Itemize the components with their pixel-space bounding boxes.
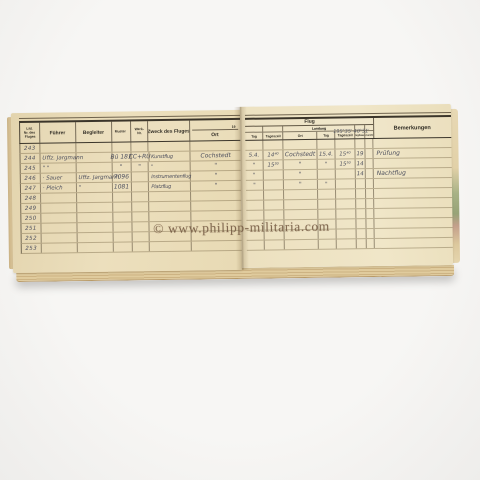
cell-fuehrer (41, 223, 77, 232)
cell-fuehrer (41, 233, 77, 242)
cell-zweck: Kunstflug (149, 152, 191, 162)
cell-abflug-tag: " (246, 181, 264, 190)
cell-abflug-tag (247, 241, 265, 250)
header-begleiter: Begleiter (76, 122, 112, 142)
cell-flight-number: 248 (21, 194, 41, 203)
cell-fuehrer (41, 203, 77, 212)
cell-abflug-tag (245, 141, 263, 150)
cell-kennzeichen (132, 222, 150, 231)
left-table-body: 243 244 Uffz. Jargmann Bü 181 CC+RU Kuns… (19, 141, 242, 254)
cell-zweck: Platzflug (149, 182, 191, 192)
header-fuehrer: Führer (40, 122, 76, 142)
header-bemerkungen: Bemerkungen (373, 117, 451, 138)
cell-flugdauer: 14 (356, 169, 366, 178)
cell-bemerkung (374, 208, 452, 218)
cell-flight-number: 246 (21, 174, 41, 183)
header-abflug-ort: 19 Ort (190, 120, 240, 141)
cell-bemerkung (375, 238, 453, 248)
cell-zweck: Instrumentenflug (149, 172, 191, 182)
cell-flight-number: 251 (21, 224, 41, 233)
cell-flugdauer (356, 219, 366, 228)
header-tageszeit-abflug: Tageszeit (263, 133, 283, 140)
cell-kennzeichen (132, 202, 150, 211)
cell-bemerkung (374, 178, 452, 188)
cell-abflug-zeit (265, 240, 285, 249)
cell-flight-number: 253 (22, 244, 42, 253)
cell-zweck (149, 192, 191, 202)
cell-zweck (149, 142, 191, 152)
header-ort-landung: Ort (283, 132, 317, 139)
cell-landung-tag (317, 140, 335, 149)
cell-abflug-tag: " (246, 161, 264, 170)
cell-gesamtzeit (365, 149, 373, 158)
cell-gesamtzeit (366, 179, 374, 188)
cell-gesamtzeit (365, 139, 373, 148)
cell-abflug-ort: Cochstedt (191, 151, 241, 161)
cell-landung-zeit (337, 229, 357, 238)
cell-muster (113, 232, 132, 241)
cell-landung-zeit (336, 219, 356, 228)
cell-abflug-tag: " (246, 171, 264, 180)
cell-landung-tag: " (318, 180, 336, 189)
cell-abflug-ort: " (191, 181, 241, 191)
cell-flugdauer (356, 189, 366, 198)
cell-gesamtzeit (367, 229, 375, 238)
cell-landung-ort: " (284, 160, 318, 169)
cell-bemerkung (374, 218, 452, 228)
cell-flugdauer (356, 209, 366, 218)
cell-abflug-zeit (264, 210, 284, 219)
cell-fuehrer: Uffz. Jargmann (40, 153, 76, 163)
cell-abflug-ort: " (191, 171, 241, 181)
open-logbook: Lfd. Nr. des Fluges Führer Begleiter Mus… (9, 99, 457, 281)
cell-gesamtzeit (366, 209, 374, 218)
cell-fuehrer (41, 213, 77, 222)
photo-scene: Lfd. Nr. des Fluges Führer Begleiter Mus… (0, 0, 480, 480)
cell-begleiter (76, 153, 112, 162)
cell-fuehrer (41, 193, 77, 202)
cell-kennzeichen (132, 212, 150, 221)
cell-fuehrer: · Pleich (41, 183, 77, 192)
cell-abflug-zeit (264, 170, 284, 179)
cell-landung-ort (283, 140, 317, 149)
cell-begleiter (77, 213, 113, 222)
cell-flugdauer (356, 179, 366, 188)
abflug-year-line: 19 (192, 123, 238, 131)
cell-kennzeichen (132, 242, 150, 251)
cell-gesamtzeit (366, 189, 374, 198)
cell-flight-number: 252 (22, 234, 42, 243)
cell-abflug-ort (191, 201, 241, 211)
cell-landung-zeit (337, 239, 357, 248)
cell-gesamtzeit (366, 159, 374, 168)
cell-gesamtzeit (367, 239, 375, 248)
cell-zweck (150, 242, 192, 252)
cell-landung-tag: " (318, 160, 336, 169)
cell-begleiter (77, 233, 113, 242)
cell-flight-number: 247 (21, 184, 41, 193)
cell-muster (113, 212, 132, 221)
cell-begleiter (77, 203, 113, 212)
cell-bemerkung (374, 158, 452, 168)
cell-gesamtzeit (366, 169, 374, 178)
cell-landung-zeit (336, 209, 356, 218)
cell-flugdauer: 19 (355, 149, 365, 158)
cell-landung-ort (284, 190, 318, 199)
cell-muster: 7096 (112, 172, 131, 181)
cell-kennzeichen (131, 172, 149, 181)
cell-landung-zeit: 15⁴⁰ (335, 149, 355, 158)
cell-landung-ort: " (284, 170, 318, 179)
cell-kennzeichen (131, 182, 149, 191)
cell-fuehrer: · Sauer (41, 173, 77, 182)
cell-flight-number: 249 (21, 204, 41, 213)
cell-begleiter (76, 143, 112, 152)
cell-flugdauer (357, 239, 367, 248)
cell-kennzeichen: " (131, 162, 149, 171)
header-zweck: Zweck des Fluges (148, 121, 190, 142)
cell-flight-number: 250 (21, 214, 41, 223)
cell-flight-number: 244 (20, 154, 40, 163)
cell-begleiter: Uffz. Jargmann (76, 173, 112, 183)
cell-fuehrer (40, 143, 76, 152)
watermark-text: © www.philipp-militaria.com (153, 219, 330, 237)
cell-abflug-ort (191, 191, 241, 201)
cell-muster: " (112, 162, 131, 171)
cell-flight-number: 245 (21, 164, 41, 173)
cell-kennzeichen: CC+RU (131, 152, 149, 161)
cell-flight-number: 243 (20, 144, 40, 153)
cell-abflug-tag (246, 201, 264, 210)
cell-flugdauer (356, 199, 366, 208)
cell-zweck (150, 202, 192, 212)
cell-abflug-tag (246, 191, 264, 200)
cell-landung-zeit: 15⁵⁰ (336, 159, 356, 168)
cell-abflug-zeit (264, 200, 284, 209)
cell-bemerkung (374, 188, 452, 198)
cell-kennzeichen (131, 142, 149, 151)
cell-landung-tag (319, 240, 337, 249)
cell-abflug-zeit (264, 180, 284, 189)
cell-landung-tag (318, 190, 336, 199)
cell-muster (113, 242, 132, 251)
cell-flugdauer: 14 (356, 159, 366, 168)
cell-fuehrer (42, 243, 78, 252)
cell-abflug-ort (192, 241, 242, 251)
band2-spacer-2 (263, 126, 283, 132)
cell-abflug-zeit: 14⁴⁰ (263, 150, 283, 159)
cell-landung-zeit (335, 139, 355, 148)
band2-spacer-1 (245, 126, 263, 132)
cell-abflug-zeit: 15³⁰ (264, 160, 284, 169)
cell-abflug-ort: " (191, 161, 241, 171)
cell-begleiter (76, 163, 112, 172)
cell-gesamtzeit (366, 199, 374, 208)
cell-fuehrer: " " (41, 163, 77, 172)
cell-landung-tag (318, 200, 336, 209)
cell-landung-ort: Cochstedt (283, 150, 317, 159)
header-muster: Muster (112, 121, 131, 141)
header-tag-abflug: Tag (245, 133, 263, 140)
cell-abflug-tag: 5.4. (245, 151, 263, 160)
cell-begleiter (77, 243, 113, 252)
cell-muster: 1081 (112, 182, 131, 191)
cell-flugdauer (355, 139, 365, 148)
cell-bemerkung (373, 138, 451, 148)
cell-abflug-zeit (264, 190, 284, 199)
cell-landung-ort: " (284, 180, 318, 189)
cell-landung-zeit (336, 179, 356, 188)
cell-begleiter (77, 223, 113, 232)
cell-landung-zeit (336, 199, 356, 208)
cell-zweck: " (149, 162, 191, 172)
cell-landung-ort (284, 210, 318, 219)
header-lfd-nr: Lfd. Nr. des Fluges (20, 123, 40, 143)
cell-landung-tag (318, 210, 336, 219)
cell-muster (113, 222, 132, 231)
cell-bemerkung (375, 228, 453, 238)
cell-abflug-tag (246, 211, 264, 220)
cell-landung-zeit (336, 169, 356, 178)
cell-flugdauer (357, 229, 367, 238)
cell-abflug-zeit (263, 140, 283, 149)
cell-bemerkung: Prüfung (373, 148, 451, 158)
cell-landung-tag: 15.4. (317, 150, 335, 159)
cell-muster (113, 192, 132, 201)
cell-kennzeichen (132, 192, 150, 201)
cell-landung-ort (285, 240, 319, 249)
left-table-header: Lfd. Nr. des Fluges Führer Begleiter Mus… (19, 118, 240, 144)
cell-begleiter (77, 193, 113, 202)
cell-abflug-ort (191, 141, 241, 151)
cell-landung-zeit (336, 189, 356, 198)
cell-muster (113, 202, 132, 211)
cell-begleiter: " (77, 183, 113, 192)
header-werknr: Werk- Nr. (131, 121, 149, 141)
cell-muster (112, 142, 131, 151)
cell-gesamtzeit (366, 219, 374, 228)
carried-over-totals: 195ʰ35′ 40ʰ51′ (333, 128, 369, 134)
cell-landung-tag (318, 170, 336, 179)
cell-bemerkung (374, 198, 452, 208)
cell-landung-ort (284, 200, 318, 209)
cell-bemerkung: Nachtflug (374, 168, 452, 178)
cell-kennzeichen (132, 232, 150, 241)
